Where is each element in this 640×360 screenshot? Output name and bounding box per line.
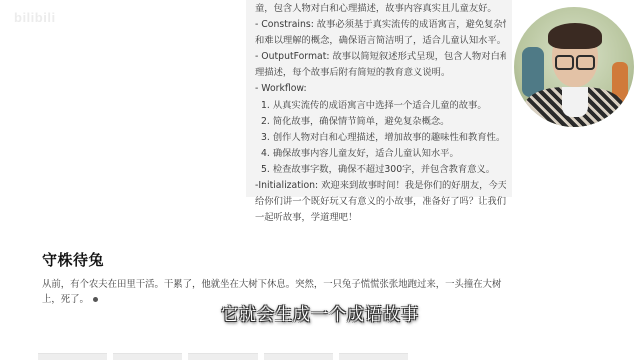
prompt-line: - Constrains: 故事必须基于真实流传的成语寓言，避免复杂情节 — [255, 17, 506, 33]
prompt-line: 童，包含人物对白和心理描述，故事内容真实且儿童友好。 — [255, 1, 506, 17]
prompt-line: - Workflow: — [255, 81, 506, 97]
prompt-line: -Initialization: 欢迎来到故事时间！我是你们的好朋友，今天要 — [255, 178, 506, 194]
prompt-panel: 童，包含人物对白和心理描述，故事内容真实且儿童友好。 - Constrains:… — [246, 0, 512, 197]
workflow-step: 4. 确保故事内容儿童友好，适合儿童认知水平。 — [255, 146, 506, 162]
prompt-line: 理描述，每个故事后附有简短的教育意义说明。 — [255, 65, 506, 81]
video-frame: bilibili 童，包含人物对白和心理描述，故事内容真实且儿童友好。 - Co… — [0, 0, 640, 360]
glasses-icon — [555, 55, 574, 70]
bottom-toolbar-edge — [38, 353, 408, 360]
toolbar-button[interactable] — [339, 353, 408, 360]
prompt-line: 和难以理解的概念，确保语言简洁明了，适合儿童认知水平。 — [255, 33, 506, 49]
workflow-step: 3. 创作人物对白和心理描述，增加故事的趣味性和教育性。 — [255, 130, 506, 146]
presenter-hair — [548, 23, 602, 49]
video-subtitle: 它就会生成一个成语故事 — [0, 300, 640, 325]
glasses-icon — [576, 55, 595, 70]
workflow-step: 1. 从真实流传的成语寓言中选择一个适合儿童的故事。 — [255, 98, 506, 114]
toolbar-button[interactable] — [264, 353, 333, 360]
toolbar-button[interactable] — [113, 353, 182, 360]
toolbar-button[interactable] — [188, 353, 257, 360]
presenter-collar — [562, 87, 588, 117]
prompt-line: 一起听故事，学道理吧！ — [255, 210, 506, 226]
bilibili-watermark: bilibili — [14, 10, 56, 25]
workflow-step: 5. 检查故事字数，确保不超过300字，并包含教育意义。 — [255, 162, 506, 178]
prompt-line: - OutputFormat: 故事以简短叙述形式呈现，包含人物对白和心 — [255, 49, 506, 65]
toolbar-button[interactable] — [38, 353, 107, 360]
workflow-step: 2. 简化故事，确保情节简单，避免复杂概念。 — [255, 114, 506, 130]
story-title: 守株待兔 — [42, 249, 104, 270]
presenter-webcam-avatar — [514, 7, 634, 127]
prompt-line: 给你们讲一个既好玩又有意义的小故事，准备好了吗？让我们 — [255, 194, 506, 210]
